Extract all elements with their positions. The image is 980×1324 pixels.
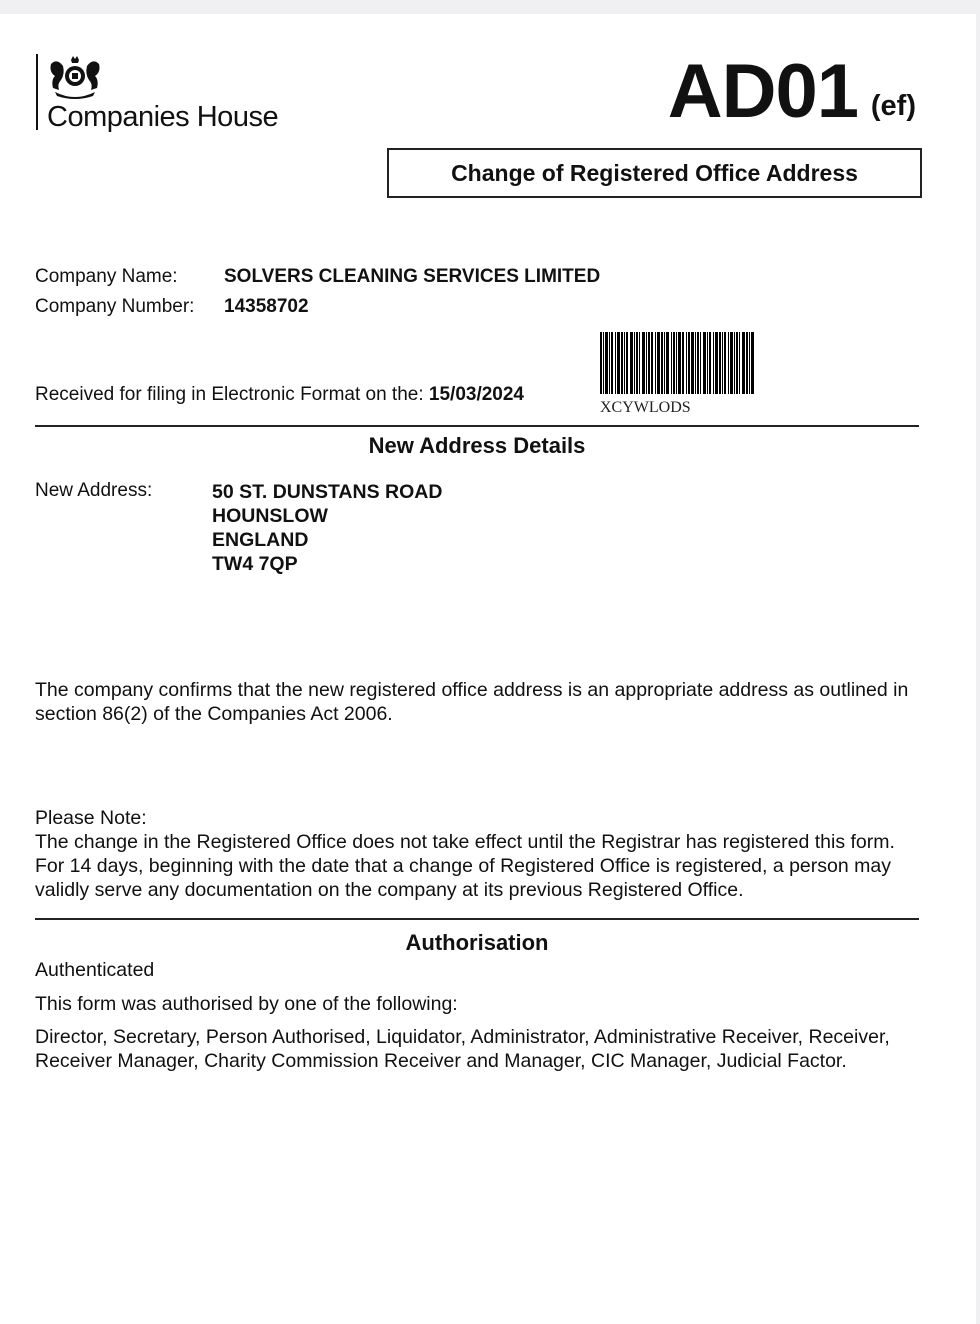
address-line: TW4 7QP bbox=[212, 552, 442, 576]
please-note-line: The change in the Registered Office does… bbox=[35, 830, 935, 854]
document-page: Companies House AD01 (ef) Change of Regi… bbox=[0, 14, 976, 1324]
new-address-heading: New Address Details bbox=[35, 433, 919, 459]
address-line: 50 ST. DUNSTANS ROAD bbox=[212, 480, 442, 504]
barcode bbox=[600, 332, 755, 394]
please-note-line: For 14 days, beginning with the date tha… bbox=[35, 854, 935, 902]
company-number-label: Company Number: bbox=[35, 296, 194, 317]
confirmation-statement: The company confirms that the new regist… bbox=[35, 678, 935, 726]
section-divider bbox=[35, 918, 919, 920]
address-line: ENGLAND bbox=[212, 528, 442, 552]
logo-divider bbox=[36, 54, 38, 130]
form-code: AD01 bbox=[668, 52, 858, 132]
authorised-roles: Director, Secretary, Person Authorised, … bbox=[35, 1025, 935, 1073]
authorisation-status: Authenticated bbox=[35, 958, 935, 982]
please-note-block: Please Note: The change in the Registere… bbox=[35, 806, 935, 902]
new-address-label: New Address: bbox=[35, 480, 152, 502]
royal-coat-of-arms-icon bbox=[47, 54, 103, 100]
company-name-label: Company Name: bbox=[35, 266, 178, 287]
authorisation-intro: This form was authorised by one of the f… bbox=[35, 992, 935, 1016]
company-number-row: Company Number: 14358702 bbox=[35, 296, 194, 318]
please-note-heading: Please Note: bbox=[35, 806, 935, 830]
barcode-text: XCYWLODS bbox=[600, 399, 691, 417]
authorisation-heading: Authorisation bbox=[35, 930, 919, 956]
form-code-suffix: (ef) bbox=[871, 90, 916, 123]
received-date-value: 15/03/2024 bbox=[429, 384, 524, 405]
form-title: Change of Registered Office Address bbox=[387, 148, 922, 198]
company-name-value: SOLVERS CLEANING SERVICES LIMITED bbox=[224, 266, 600, 288]
received-date-row: Received for filing in Electronic Format… bbox=[35, 384, 524, 406]
section-divider bbox=[35, 425, 919, 427]
address-line: HOUNSLOW bbox=[212, 504, 442, 528]
companies-house-logo-text: Companies House bbox=[47, 101, 278, 134]
company-name-row: Company Name: SOLVERS CLEANING SERVICES … bbox=[35, 266, 178, 288]
new-address-block: 50 ST. DUNSTANS ROAD HOUNSLOW ENGLAND TW… bbox=[212, 480, 442, 576]
company-number-value: 14358702 bbox=[224, 296, 309, 318]
received-label: Received for filing in Electronic Format… bbox=[35, 384, 424, 405]
